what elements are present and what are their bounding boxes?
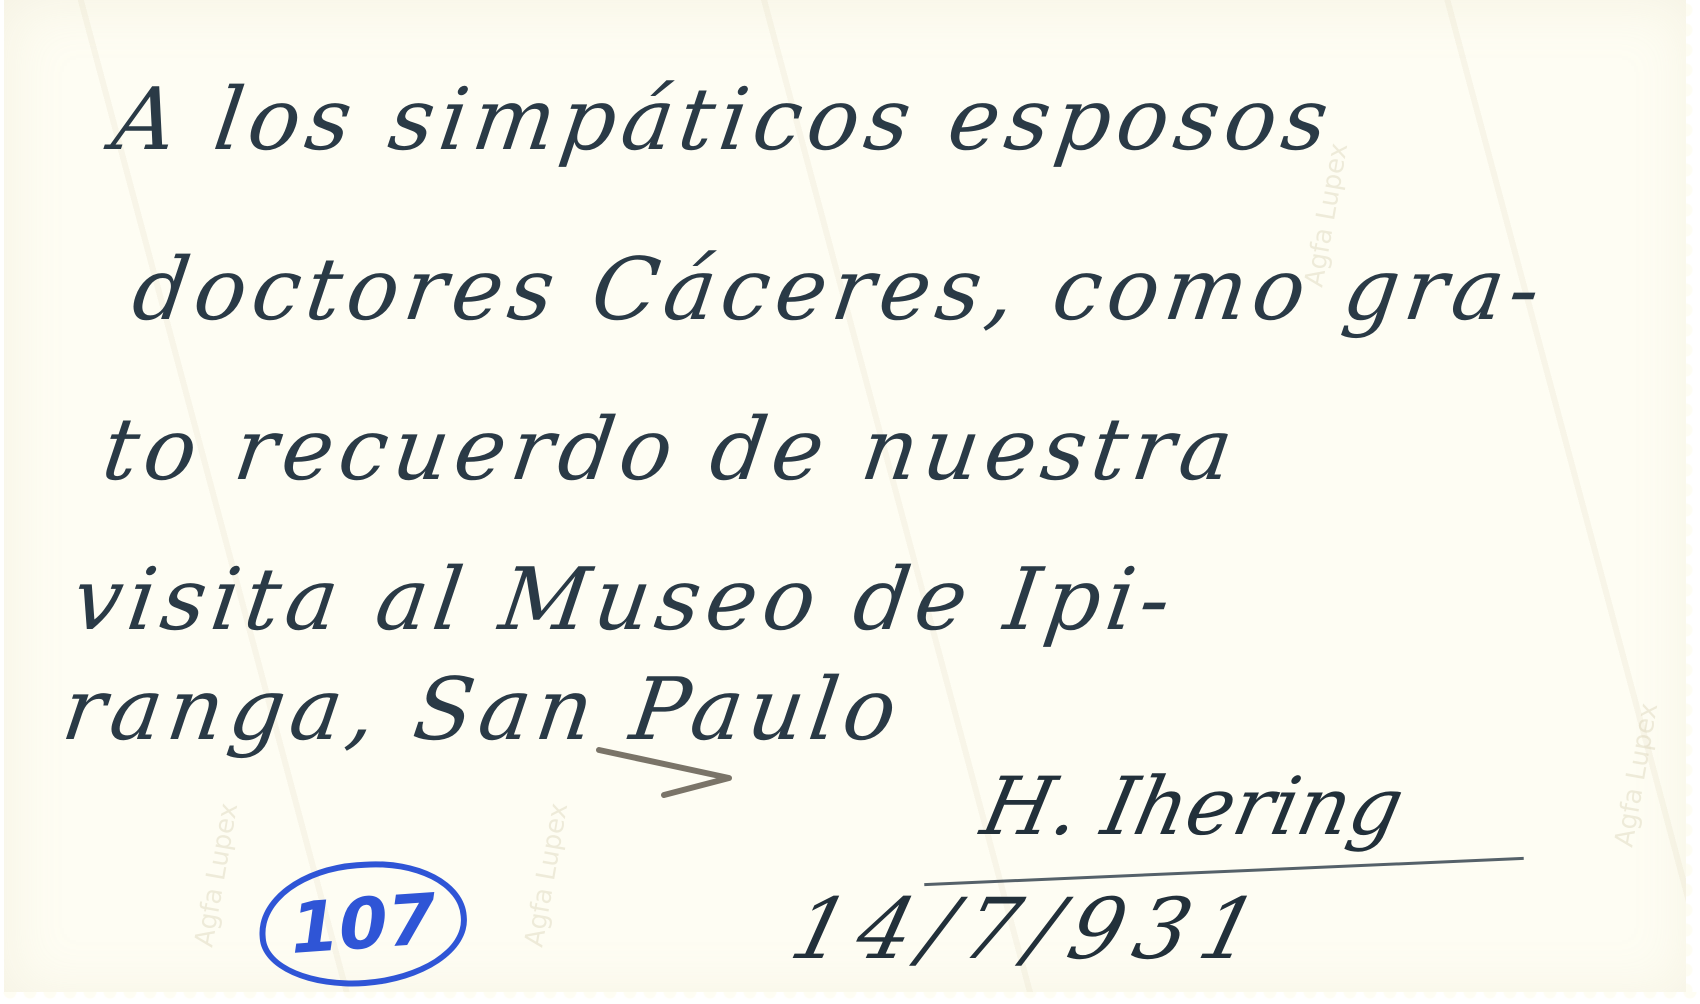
date: 14/7/931 <box>782 880 1280 978</box>
postcard-back: Agfa Lupex Agfa Lupex Agfa Lupex Agfa Lu… <box>4 0 1694 1000</box>
pencil-arrow-mark <box>594 740 744 800</box>
deckled-edge-bottom <box>0 992 1700 1004</box>
signature: H. Ihering <box>974 760 1411 853</box>
archive-number-stamp: 107 <box>255 855 471 993</box>
paper-watermark: Agfa Lupex <box>189 801 244 950</box>
paper-watermark: Agfa Lupex <box>519 801 574 950</box>
handwritten-line-5: ranga, San Paulo <box>57 660 909 760</box>
handwritten-line-4: visita al Museo de Ipi- <box>67 550 1183 650</box>
handwritten-line-3: to recuerdo de nuestra <box>97 400 1244 500</box>
deckled-edge-right <box>1686 0 1700 1004</box>
archive-number: 107 <box>284 877 441 970</box>
paper-watermark: Agfa Lupex <box>1609 701 1664 850</box>
handwritten-line-1: A los simpáticos esposos <box>107 70 1340 170</box>
handwritten-line-2: doctores Cáceres, como gra- <box>127 240 1552 340</box>
